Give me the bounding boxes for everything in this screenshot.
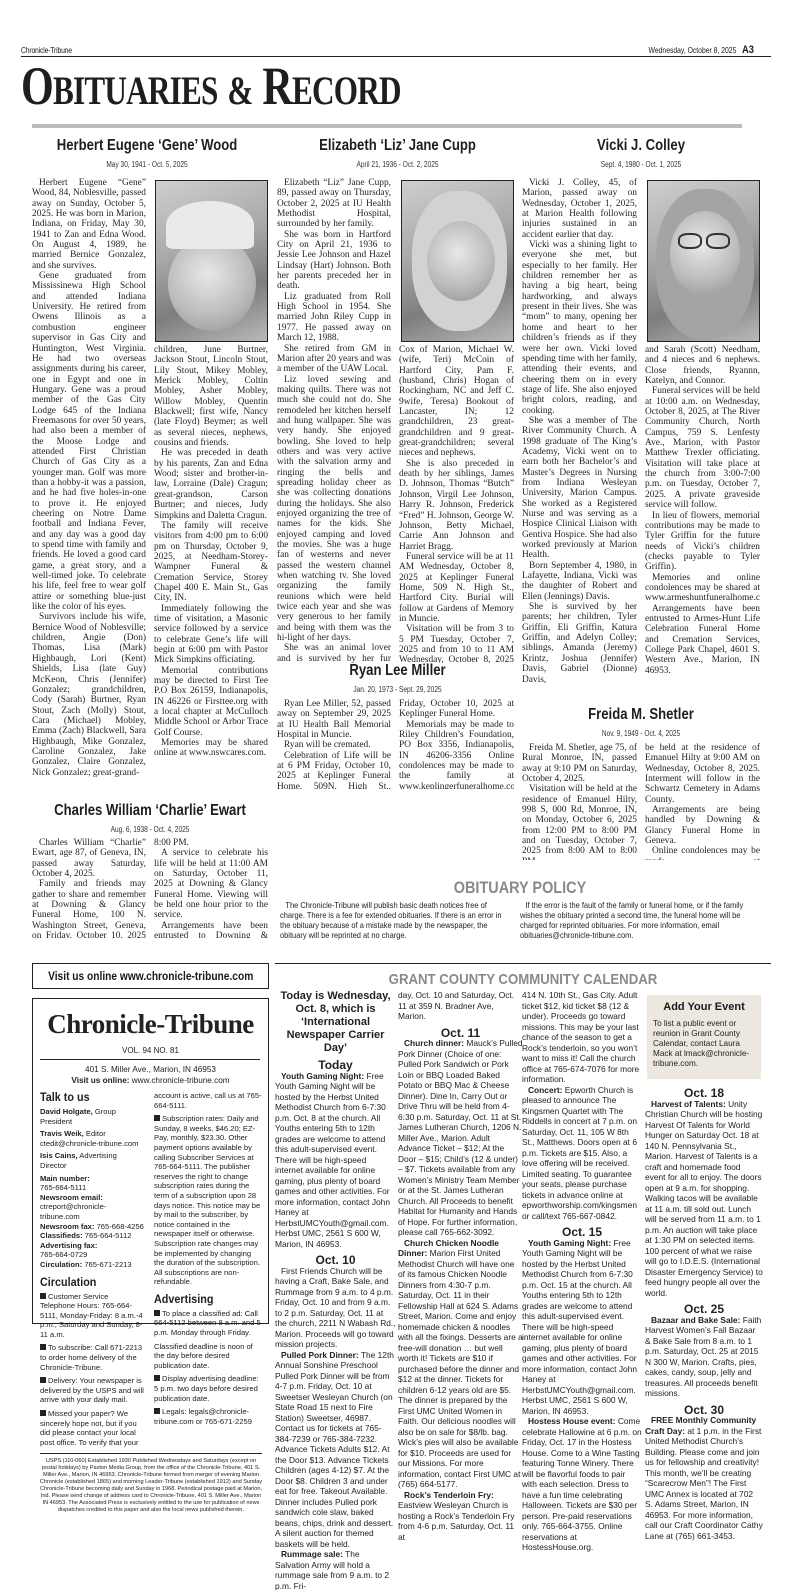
calendar-date: Oct. 11 — [398, 1028, 523, 1039]
obit-paragraph: children, June Burtner, Jackson Stout, L… — [154, 345, 268, 448]
issue-date: Wednesday, October 8, 2025 — [649, 46, 737, 55]
add-your-event-box: Add Your Event To list a public event or… — [647, 995, 761, 1079]
newsroom-email: Newsroom email:ctreport@chronicle-tribun… — [40, 1193, 144, 1222]
obit-paragraph: Family and friends may gather to share a… — [32, 879, 146, 938]
title-underline — [32, 124, 742, 128]
subscription-rates: Subscription rates: Daily and Sunday, 8 … — [154, 1114, 262, 1287]
address: 401 S. Miller Ave., Marion, IN 46953 — [32, 1065, 269, 1075]
circulation-text: Customer Service Telephone Hours: 765-66… — [40, 1292, 143, 1339]
event-title: Rummage sale: — [281, 1549, 343, 1559]
bullet-square-icon — [154, 1408, 160, 1414]
number-value: 765-664-5111 — [40, 1183, 86, 1192]
event-text: Come celebrate Hallowine at 6 p.m. on Fr… — [522, 1416, 642, 1552]
circulation-heading: Circulation — [40, 1275, 134, 1289]
obit-miller-col1: Ryan Lee Miller, 52, passed away on Sept… — [277, 699, 391, 789]
circulation-item: Delivery: Your newspaper is delivered by… — [40, 1376, 144, 1405]
circulation-text: Delivery: Your newspaper is delivered by… — [40, 1376, 144, 1404]
add-event-title: Add Your Event — [653, 1001, 755, 1014]
issue-date-line: Wednesday, October 8, 2025 A3 — [584, 44, 754, 56]
calendar-event: Concert: Epworth Church is pleased to an… — [522, 1085, 642, 1222]
event-text: at 1 p.m. in the First United Methodist … — [645, 1426, 763, 1541]
calendar-event: Harvest of Talents: Unity Christian Chur… — [645, 1099, 763, 1299]
number-value: 765-668-4256 — [97, 1222, 144, 1231]
obit-paragraph: Herbert Eugene “Gene” Wood, 84, Noblesvi… — [32, 178, 146, 271]
contact-name: Travis Weik, — [40, 1129, 84, 1138]
chronicle-tribune-logo: Chronicle-Tribune — [32, 1009, 269, 1040]
obit-paragraph: Memories and online condolences may be s… — [645, 573, 760, 604]
contact-name: Isis Cains, — [40, 1151, 78, 1160]
obit-paragraph: Arrangements are being handled by Downin… — [645, 805, 760, 846]
calendar-date: Today — [275, 1060, 396, 1071]
obit-paragraph: Survivors include his wife, Bernice Wood… — [32, 612, 146, 778]
title-initial-o: O — [21, 56, 53, 116]
obit-paragraph: She retired from GM in Marion after 20 y… — [277, 344, 391, 375]
subscription-text: Subscription rates: Daily and Sunday, 8 … — [154, 1114, 260, 1286]
obit-wood-col2: children, June Burtner, Jackson Stout, L… — [154, 345, 268, 860]
policy-left: The Chronicle-Tribune will publish basic… — [280, 900, 505, 940]
obit-paragraph: and Sarah (Scott) Needham, and 4 nieces … — [645, 345, 760, 386]
obit-paragraph: In lieu of flowers, memorial contributio… — [645, 511, 760, 573]
obit-paragraph: Visitation will be from 3 to 5 PM Tuesda… — [399, 624, 514, 663]
calendar-event: Rummage sale: The Salvation Army will ho… — [275, 1549, 396, 1590]
event-text: First Friends Church will be having a Cr… — [275, 1266, 396, 1350]
calendar-event: Pulled Pork Dinner: The 12th Annual Sons… — [275, 1350, 396, 1550]
calendar-lead: Today is Wednesday, Oct. 8, which is ‘In… — [275, 990, 396, 1055]
event-text: Epworth Church is pleased to announce Th… — [522, 1085, 637, 1221]
bullet-square-icon — [40, 1377, 46, 1383]
advertising-heading: Advertising — [154, 1292, 251, 1306]
obit-paragraph: Liz graduated from Roll High School in 1… — [277, 292, 391, 344]
calendar-event: Rock’s Tenderloin Fry: Eastview Wesleyan… — [398, 1490, 523, 1543]
obit-paragraph: 8:00 PM. — [154, 838, 268, 848]
calendar-date: Oct. 10 — [275, 1255, 396, 1266]
calendar-event: Youth Gaming Night: Free Youth Gaming Ni… — [522, 1238, 642, 1417]
policy-title: OBITUARY POLICY — [312, 878, 729, 898]
obit-paragraph: Elizabeth “Liz” Jane Cupp, 89, passed aw… — [277, 178, 391, 230]
bullet-square-icon — [40, 1410, 46, 1416]
advertising-fax: Advertising fax:765-664-0729 — [40, 1241, 144, 1260]
advertising-text: Display advertising deadline: 5 p.m. two… — [154, 1374, 259, 1402]
calendar-event: Hostess House event: Come celebrate Hall… — [522, 1416, 642, 1553]
obit-name-cupp: Elizabeth ‘Liz’ Jane Cupp — [297, 137, 498, 155]
calendar-title: GRANT COUNTY COMMUNITY CALENDAR — [305, 971, 741, 988]
obit-colley-col2: and Sarah (Scott) Needham, and 4 nieces … — [645, 345, 760, 697]
obit-paragraph: Arrangements have been entrusted to Arme… — [645, 604, 760, 676]
calendar-date: Oct. 30 — [645, 1405, 763, 1416]
calendar-rule — [275, 963, 771, 964]
bullet-square-icon — [154, 1115, 160, 1121]
event-text: Marion First United Methodist Church wil… — [398, 1248, 523, 1489]
obit-paragraph: Ryan will be cremated. — [277, 740, 391, 750]
obit-name-shetler: Freida M. Shetler — [542, 706, 740, 724]
bullet-square-icon — [40, 1293, 46, 1299]
bullet-square-icon — [40, 1344, 46, 1350]
event-text: day, Oct. 10 and Saturday, Oct. 11 at 35… — [398, 990, 514, 1021]
fineprint-rule — [40, 1453, 262, 1454]
obit-paragraph: Online condolences may be made at www.gl… — [645, 846, 760, 860]
title-ampersand: & — [227, 68, 252, 113]
number-label: Newsroom fax: — [40, 1222, 94, 1231]
obit-paragraph: Born September 4, 1980, in Lafayette, In… — [522, 561, 637, 602]
photo-vicki-colley — [647, 180, 760, 342]
advertising-item: Display advertising deadline: 5 p.m. two… — [154, 1374, 262, 1403]
event-text: The 12th Annual Sonshine Preschool Pulle… — [275, 1350, 394, 1549]
circulation-item: Customer Service Telephone Hours: 765-66… — [40, 1292, 144, 1340]
header-rule — [21, 56, 771, 57]
obit-paragraph: Funeral services will be held at 10:00 a… — [645, 386, 760, 510]
calendar-event: Church dinner: Mauck’s Pulled Pork Dinne… — [398, 1038, 523, 1238]
policy-right: If the error is the fault of the family … — [520, 900, 763, 940]
newsroom-fax: Newsroom fax: 765-668-4256 — [40, 1222, 144, 1232]
obit-paragraph: The family will receive visitors from 4:… — [154, 521, 268, 604]
calendar-event: First Friends Church will be having a Cr… — [275, 1266, 396, 1350]
legals-email-link[interactable]: Legals: legals@chronicle-tribune.com or … — [154, 1407, 252, 1426]
policy-email-link[interactable]: If the error is the fault of the family … — [520, 900, 743, 940]
obit-paragraph: Charles William “Charlie” Ewart, age 87,… — [32, 838, 146, 879]
obit-ewart-col1: Charles William “Charlie” Ewart, age 87,… — [32, 838, 146, 938]
obit-paragraph: Funeral service will be at 11 AM Wednesd… — [399, 552, 514, 624]
visit-online-text: Visit us online www.chronicle-tribune.co… — [48, 969, 253, 983]
circulation-item: To subscribe: Call 671-2213 to order hom… — [40, 1343, 144, 1372]
calendar-date: Oct. 15 — [522, 1227, 642, 1238]
obit-paragraph: Memorial contributions may be directed t… — [154, 666, 268, 738]
section-title: OBITUARIES & RECORD — [21, 60, 401, 117]
obit-name-colley: Vicki J. Colley — [542, 137, 740, 155]
calendar-date: Oct. 18 — [645, 1088, 763, 1099]
obit-dates-cupp: April 21, 1936 - Oct. 2, 2025 — [297, 160, 498, 169]
obit-paragraph: Memories may be shared online at www.nsw… — [154, 738, 268, 759]
number-value: 765-671-2213 — [84, 1260, 131, 1269]
obit-dates-shetler: Nov. 9, 1949 - Oct. 4, 2025 — [542, 729, 740, 738]
calendar-event: 414 N. 10th St., Gas City. Adult ticket … — [522, 990, 642, 1085]
obit-paragraph: Freida M. Shetler, age 75, of Rural Monr… — [522, 743, 637, 784]
event-title: Bazaar and Bake Sale: — [651, 1315, 740, 1325]
advertising-item: Legals: legals@chronicle-tribune.com or … — [154, 1407, 262, 1426]
circulation-item: Missed your paper? We sincerely hope not… — [40, 1409, 144, 1447]
calendar-col2: day, Oct. 10 and Saturday, Oct. 11 at 35… — [398, 990, 523, 1590]
obit-paragraph: She was an animal lover and is survived … — [277, 643, 391, 663]
obit-paragraph: Cox of Marion, Michael W. (wife, Teri) M… — [399, 345, 514, 459]
number-label: Main number: — [40, 1174, 90, 1183]
obit-colley-col1: Vicki J. Colley, 45, of Marion, passed a… — [522, 178, 637, 698]
title-record: ECORD — [292, 68, 401, 113]
photo-herbert-wood — [155, 180, 268, 342]
visit-online-banner[interactable]: Visit us online www.chronicle-tribune.co… — [32, 963, 269, 989]
visit-label: Visit us online: — [71, 1076, 129, 1085]
infobox-right-column: account is active, call us at 765-664-51… — [154, 1091, 262, 1426]
main-number: Main number:765-664-5111 — [40, 1174, 144, 1193]
obit-paragraph: be held at the residence of Emanuel Hilt… — [645, 743, 760, 805]
obit-paragraph: Vicki J. Colley, 45, of Marion, passed a… — [522, 178, 637, 240]
circulation-number: Circulation: 765-671-2213 — [40, 1260, 144, 1270]
obit-dates-ewart: Aug. 6, 1938 - Oct. 4, 2025 — [53, 825, 247, 834]
obit-paragraph: She was a member of The River Community … — [522, 416, 637, 561]
obit-paragraph: Immediately following the time of visita… — [154, 604, 268, 666]
visit-line: Visit us online: www.chronicle-tribune.c… — [32, 1076, 269, 1086]
add-event-text: To list a public event or reunion in Gra… — [653, 1019, 755, 1069]
obit-paragraph: Gene graduated from Mississinewa High Sc… — [32, 271, 146, 612]
number-label: Newsroom email: — [40, 1193, 103, 1202]
photo-elizabeth-cupp — [401, 180, 514, 342]
number-label: Circulation: — [40, 1260, 82, 1269]
calendar-col3: 414 N. 10th St., Gas City. Adult ticket … — [522, 990, 642, 1590]
talk-to-us-section: Talk to us David Holgate, Group Presiden… — [40, 1090, 144, 1447]
obit-miller-col2: Friday, October 10, 2025 at Keplinger Fu… — [399, 699, 514, 789]
obit-paragraph: Visitation will be held at the residence… — [522, 784, 637, 860]
account-check-text: account is active, call us at 765-664-51… — [154, 1091, 262, 1110]
event-text: Mauck’s Pulled Pork Dinner (Choice of on… — [398, 1038, 523, 1237]
event-title: Church dinner: — [404, 1038, 464, 1048]
obit-wood-col1: Herbert Eugene “Gene” Wood, 84, Noblesvi… — [32, 178, 146, 858]
calendar-date: Oct. 25 — [645, 1304, 763, 1315]
contact-cains: Isis Cains, Advertising Director — [40, 1151, 144, 1170]
event-text: Unity Christian Church will be hosting H… — [645, 1099, 763, 1298]
event-title: Concert: — [528, 1085, 562, 1095]
infobox-rule — [40, 1059, 260, 1060]
volume-number: VOL. 94 NO. 81 — [32, 1046, 269, 1056]
calendar-event: Church Chicken Noodle Dinner: Marion Fir… — [398, 1238, 523, 1490]
event-title: Rock’s Tenderloin Fry: — [404, 1490, 494, 1500]
obit-paragraph: She is also preceded in death by her sib… — [399, 459, 514, 552]
obit-shetler-col1: Freida M. Shetler, age 75, of Rural Monr… — [522, 743, 637, 860]
obit-dates-miller: Jan. 20, 1973 - Sept. 29, 2025 — [297, 685, 498, 694]
number-value: 765-664-5112 — [85, 1231, 132, 1240]
obit-paragraph: He was preceded in death by his parents,… — [154, 448, 268, 520]
calendar-col4: Oct. 18 Harvest of Talents: Unity Christ… — [645, 1082, 763, 1591]
bullet-square-icon — [154, 1375, 160, 1381]
event-title: Harvest of Talents: — [651, 1099, 726, 1109]
contact-role: Editor — [86, 1129, 106, 1138]
obit-name-wood: Herbert Eugene ‘Gene’ Wood — [53, 137, 242, 155]
obit-name-miller: Ryan Lee Miller — [297, 662, 498, 680]
contact-holgate: David Holgate, Group President — [40, 1107, 144, 1126]
talk-to-us-heading: Talk to us — [40, 1090, 134, 1104]
obit-paragraph: A service to celebrate his life will be … — [154, 848, 268, 920]
obit-paragraph: Celebration of Life will be at 6 PM Frid… — [277, 751, 391, 789]
event-text: Eastview Wesleyan Church is hosting a Ro… — [398, 1500, 515, 1542]
obit-dates-colley: Sept. 4, 1980 - Oct. 1, 2025 — [542, 160, 740, 169]
page-number: A3 — [742, 44, 754, 56]
obit-ewart-col2: 8:00 PM. A service to celebrate his life… — [154, 838, 268, 938]
title-obituaries: BITUARIES — [53, 68, 218, 113]
advertising-text: To place a classified ad: Call 664-5112 … — [154, 1309, 261, 1337]
calendar-event: Bazaar and Bake Sale: Faith Harvest Wome… — [645, 1315, 763, 1399]
obit-paragraph: Arrangements have been entrusted to Down… — [154, 921, 268, 938]
editor-email-link[interactable]: ctedit@chronicle-tribune.com — [40, 1139, 138, 1148]
event-text: Faith Harvest Women’s Fall Bazaar & Bake… — [645, 1315, 761, 1399]
visit-url-link[interactable]: www.chronicle-tribune.com — [132, 1076, 230, 1085]
event-title: Hostess House event: — [528, 1416, 616, 1426]
number-value: 765-664-0729 — [40, 1250, 87, 1259]
obit-paragraph: She was born in Hartford City on April 2… — [277, 230, 391, 292]
obit-paragraph: Vicki was a shining light to everyone sh… — [522, 240, 637, 416]
circulation-text: To subscribe: Call 671-2213 to order hom… — [40, 1343, 142, 1371]
event-text: Free Youth Gaming Night will be hosted b… — [522, 1238, 637, 1416]
obit-paragraph: She is survived by her parents; her chil… — [522, 602, 637, 685]
obit-paragraph: Friday, October 10, 2025 at Keplinger Fu… — [399, 699, 514, 720]
newsroom-email-link[interactable]: ctreport@chronicle-tribune.com — [40, 1202, 106, 1221]
obit-cupp-col1: Elizabeth “Liz” Jane Cupp, 89, passed aw… — [277, 178, 391, 663]
calendar-col1: Today is Wednesday, Oct. 8, which is ‘In… — [275, 990, 396, 1590]
circulation-text: Missed your paper? We sincerely hope not… — [40, 1409, 139, 1447]
calendar-event: day, Oct. 10 and Saturday, Oct. 11 at 35… — [398, 990, 523, 1022]
contact-weik: Travis Weik, Editorctedit@chronicle-trib… — [40, 1129, 144, 1148]
publication-fine-print: USPS (110-060) Established 1930 Publishe… — [38, 1458, 264, 1514]
event-text: 414 N. 10th St., Gas City. Adult ticket … — [522, 990, 639, 1084]
bullet-square-icon — [154, 1310, 160, 1316]
classifieds-number: Classifieds: 765-664-5112 — [40, 1231, 144, 1241]
obit-paragraph: Memorials may be made to Riley Children’… — [399, 720, 514, 789]
event-text: Free Youth Gaming Night will be hosted b… — [275, 1071, 390, 1249]
number-label: Advertising fax: — [40, 1241, 97, 1250]
event-title: Pulled Pork Dinner: — [281, 1350, 359, 1360]
paper-name: Chronicle-Tribune — [21, 46, 72, 55]
advertising-item: To place a classified ad: Call 664-5112 … — [154, 1309, 262, 1338]
obit-paragraph: Ryan Lee Miller, 52, passed away on Sept… — [277, 699, 391, 740]
number-label: Classifieds: — [40, 1231, 83, 1240]
obit-dates-wood: May 30, 1941 - Oct. 5, 2025 — [53, 160, 242, 169]
calendar-event: FREE Monthly Community Craft Day: at 1 p… — [645, 1415, 763, 1541]
contact-name: David Holgate, — [40, 1107, 93, 1116]
event-title: Youth Gaming Night: — [281, 1071, 364, 1081]
calendar-event: Youth Gaming Night: Free Youth Gaming Ni… — [275, 1071, 396, 1250]
classified-deadline: Classified deadline is noon of the day b… — [154, 1342, 262, 1371]
event-title: Youth Gaming Night: — [528, 1238, 611, 1248]
obit-paragraph: Liz loved sewing and making quilts. Ther… — [277, 375, 391, 644]
title-initial-r: R — [262, 56, 292, 116]
obit-shetler-col2: be held at the residence of Emanuel Hilt… — [645, 743, 760, 860]
obit-name-ewart: Charles William ‘Charlie’ Ewart — [53, 802, 247, 820]
obit-cupp-col2: Cox of Marion, Michael W. (wife, Teri) M… — [399, 345, 514, 663]
